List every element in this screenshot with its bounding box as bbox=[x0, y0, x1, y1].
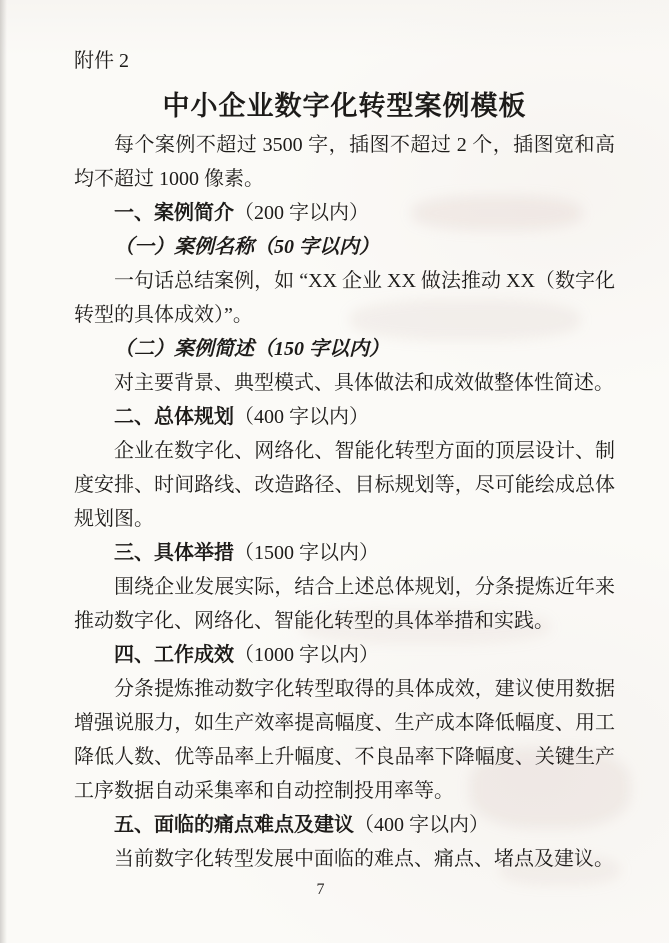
section-heading: 一、案例简介（200 字以内） bbox=[74, 196, 615, 230]
heading-text: 一、案例简介 bbox=[114, 202, 234, 224]
heading-word-limit: （400 字以内） bbox=[354, 814, 489, 836]
section-heading: 五、面临的痛点难点及建议（400 字以内） bbox=[74, 808, 615, 842]
heading-text: 二、总体规划 bbox=[114, 406, 234, 428]
body-paragraph: 围绕企业发展实际，结合上述总体规划，分条提炼近年来推动数字化、网络化、智能化转型… bbox=[74, 570, 615, 638]
heading-text: 三、具体举措 bbox=[114, 542, 234, 564]
body-paragraph: 一句话总结案例，如 “XX 企业 XX 做法推动 XX（数字化转型的具体成效）”… bbox=[74, 264, 615, 332]
section-heading: 二、总体规划（400 字以内） bbox=[74, 400, 615, 434]
body-paragraph: 分条提炼推动数字化转型取得的具体成效，建议使用数据增强说服力，如生产效率提高幅度… bbox=[74, 672, 615, 808]
sections-container: 每个案例不超过 3500 字，插图不超过 2 个，插图宽和高均不超过 1000 … bbox=[74, 128, 615, 876]
attachment-label: 附件 2 bbox=[74, 44, 615, 78]
heading-text: （一）案例名称 bbox=[114, 236, 254, 258]
scan-edge-shadow bbox=[0, 0, 7, 943]
section-heading: 四、工作成效（1000 字以内） bbox=[74, 638, 615, 672]
heading-word-limit: （150 字以内） bbox=[254, 338, 389, 360]
heading-word-limit: （1500 字以内） bbox=[234, 542, 379, 564]
document-title: 中小企业数字化转型案例模板 bbox=[74, 84, 615, 128]
heading-text: （二）案例简述 bbox=[114, 338, 254, 360]
sub-heading: （一）案例名称（50 字以内） bbox=[74, 230, 615, 264]
scanned-document-page: 附件 2 中小企业数字化转型案例模板 每个案例不超过 3500 字，插图不超过 … bbox=[0, 0, 669, 943]
heading-word-limit: （1000 字以内） bbox=[234, 644, 379, 666]
body-paragraph: 当前数字化转型发展中面临的难点、痛点、堵点及建议。 bbox=[74, 842, 615, 876]
sub-heading: （二）案例简述（150 字以内） bbox=[74, 332, 615, 366]
heading-word-limit: （50 字以内） bbox=[254, 236, 379, 258]
section-heading: 三、具体举措（1500 字以内） bbox=[74, 536, 615, 570]
body-paragraph: 企业在数字化、网络化、智能化转型方面的顶层设计、制度安排、时间路线、改造路径、目… bbox=[74, 434, 615, 536]
body-paragraph: 对主要背景、典型模式、具体做法和成效做整体性简述。 bbox=[74, 366, 615, 400]
body-paragraph: 每个案例不超过 3500 字，插图不超过 2 个，插图宽和高均不超过 1000 … bbox=[74, 128, 615, 196]
heading-text: 四、工作成效 bbox=[114, 644, 234, 666]
heading-text: 五、面临的痛点难点及建议 bbox=[114, 814, 354, 836]
heading-word-limit: （400 字以内） bbox=[234, 406, 369, 428]
heading-word-limit: （200 字以内） bbox=[234, 202, 369, 224]
page-number: 7 bbox=[0, 880, 641, 900]
document-content: 附件 2 中小企业数字化转型案例模板 每个案例不超过 3500 字，插图不超过 … bbox=[74, 44, 615, 876]
